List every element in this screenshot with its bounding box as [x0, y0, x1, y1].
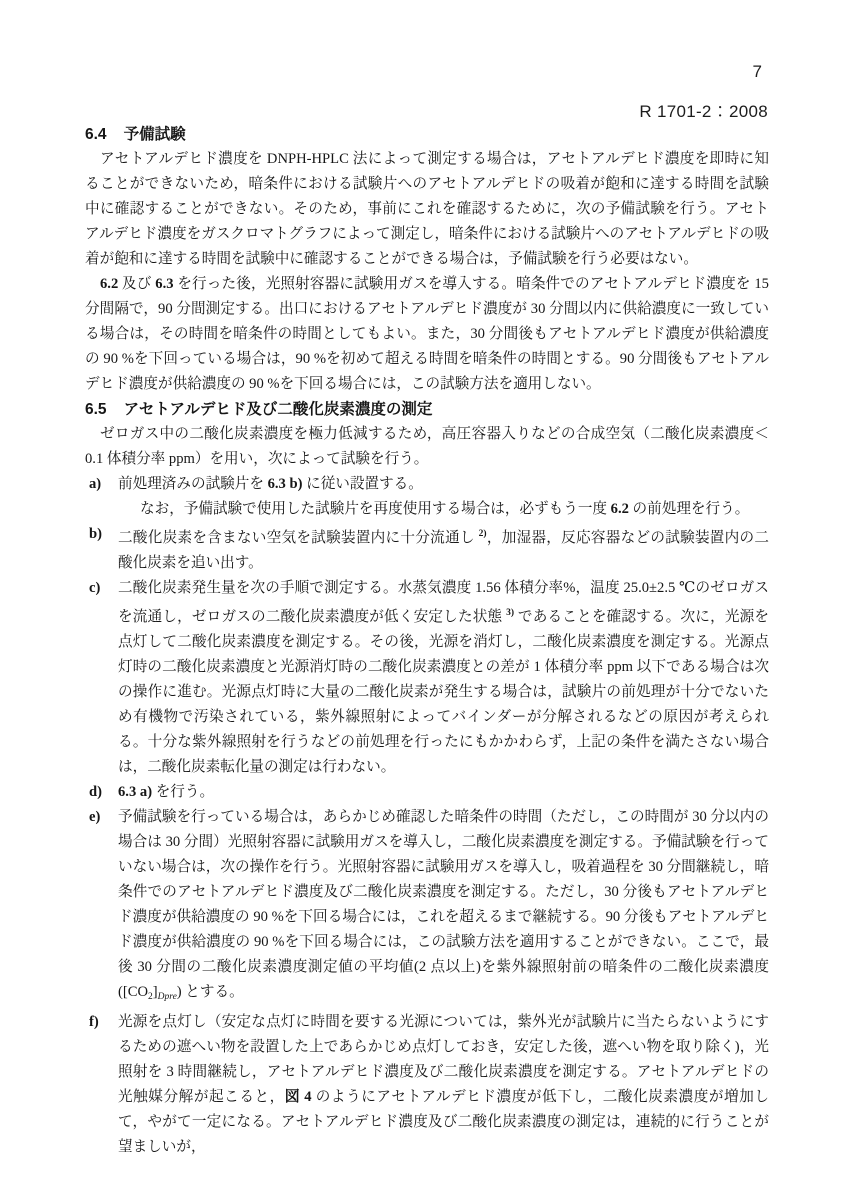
list-item-label: a)	[89, 472, 101, 497]
list-item-c: c) 二酸化炭素発生量を次の手順で測定する。水蒸気濃度 1.56 体積分率%，温…	[85, 576, 769, 780]
section-number: 6.4	[85, 126, 107, 143]
list-item-text: 二酸化炭素発生量を次の手順で測定する。水蒸気濃度 1.56 体積分率%，温度 2…	[118, 576, 769, 780]
paragraph-text: であることを確認する。次に，光源を点灯して二酸化炭素濃度を測定する。その後，光源…	[118, 609, 769, 775]
list-item-label: f)	[89, 1010, 99, 1035]
section-title: アセトアルデヒド及び二酸化炭素濃度の測定	[124, 401, 433, 418]
paragraph-6-5-intro: ゼロガス中の二酸化炭素濃度を極力低減するため，高圧容器入りなどの合成空気（二酸化…	[85, 422, 769, 472]
list-item-text: 二酸化炭素を含まない空気を試験装置内に十分流通し 2)，加湿器，反応容器などの試…	[118, 522, 769, 576]
dpre-subscript: Dpre	[158, 992, 177, 1002]
paragraph-text: ゼロガス中の二酸化炭素濃度を極力低減するため，高圧容器入りなどの合成空気（二酸化…	[85, 426, 769, 467]
clause-ref: 6.3 b)	[268, 476, 303, 492]
paragraph-text: 予備試験を行っている場合は，あらかじめ確認した暗条件の時間（ただし，この時間が …	[118, 809, 769, 1000]
paragraph-text: ) とする。	[177, 984, 244, 1000]
list-item-e: e) 予備試験を行っている場合は，あらかじめ確認した暗条件の時間（ただし，この時…	[85, 805, 769, 1010]
section-title: 予備試験	[124, 126, 186, 143]
list-item-b: b) 二酸化炭素を含まない空気を試験装置内に十分流通し 2)，加湿器，反応容器な…	[85, 522, 769, 576]
document-page: 7 R 1701-2：2008 6.4予備試験 アセトアルデヒド濃度を DNPH…	[0, 0, 848, 1200]
list-item-label: c)	[89, 576, 100, 601]
list-item-text: 予備試験を行っている場合は，あらかじめ確認した暗条件の時間（ただし，この時間が …	[118, 805, 769, 1010]
clause-ref: 6.2	[611, 501, 629, 517]
list-item-note: なお，予備試験で使用した試験片を再度使用する場合は，必ずもう一度 6.2 の前処…	[140, 497, 769, 522]
footnote-ref: 2)	[479, 529, 487, 539]
paragraph-text: 二酸化炭素を含まない空気を試験装置内に十分流通し	[118, 530, 479, 546]
list-item-label: e)	[89, 805, 100, 830]
list-item-d: d) 6.3 a) を行う。	[85, 780, 769, 805]
clause-ref: 6.3 a)	[118, 784, 152, 800]
section-heading-6-4: 6.4予備試験	[85, 122, 769, 147]
paragraph-text: の前処理を行う。	[629, 501, 749, 517]
list-item-label: b)	[89, 522, 102, 547]
paragraph-text: を行った後，光照射容器に試験用ガスを導入する。暗条件でのアセトアルデヒド濃度を …	[85, 276, 769, 392]
paragraph-6-4-2: 6.2 及び 6.3 を行った後，光照射容器に試験用ガスを導入する。暗条件でのア…	[85, 272, 769, 397]
paragraph-text: を行う。	[152, 784, 214, 800]
list-item-a: a) 前処理済みの試験片を 6.3 b) に従い設置する。 なお，予備試験で使用…	[85, 472, 769, 522]
list-item-f: f) 光源を点灯し（安定な点灯に時間を要する光源については，紫外光が試験片に当た…	[85, 1010, 769, 1160]
paragraph-text: 前処理済みの試験片を	[118, 476, 268, 492]
paragraph-text: アセトアルデヒド濃度を DNPH-HPLC 法によって測定する場合は，アセトアル…	[85, 151, 769, 267]
list-item-text: 前処理済みの試験片を 6.3 b) に従い設置する。	[118, 472, 769, 497]
footnote-ref: 3)	[506, 608, 514, 618]
document-body: 6.4予備試験 アセトアルデヒド濃度を DNPH-HPLC 法によって測定する場…	[85, 122, 769, 1160]
clause-ref: 6.2	[100, 276, 118, 292]
doc-code: R 1701-2：2008	[639, 97, 768, 122]
section-heading-6-5: 6.5アセトアルデヒド及び二酸化炭素濃度の測定	[85, 397, 769, 422]
page-header: 7 R 1701-2：2008	[639, 62, 768, 122]
figure-ref: 図 4	[285, 1089, 312, 1105]
paragraph-text: なお，予備試験で使用した試験片を再度使用する場合は，必ずもう一度	[140, 501, 611, 517]
section-number: 6.5	[85, 401, 107, 418]
list-item-label: d)	[89, 780, 102, 805]
clause-ref: 6.3	[155, 276, 173, 292]
paragraph-text: に従い設置する。	[302, 476, 422, 492]
list-item-text: 光源を点灯し（安定な点灯に時間を要する光源については，紫外光が試験片に当たらない…	[118, 1010, 769, 1160]
paragraph-6-4-1: アセトアルデヒド濃度を DNPH-HPLC 法によって測定する場合は，アセトアル…	[85, 147, 769, 272]
page-number: 7	[639, 62, 768, 82]
list-item-text: 6.3 a) を行う。	[118, 780, 769, 805]
paragraph-text: 及び	[118, 276, 155, 292]
